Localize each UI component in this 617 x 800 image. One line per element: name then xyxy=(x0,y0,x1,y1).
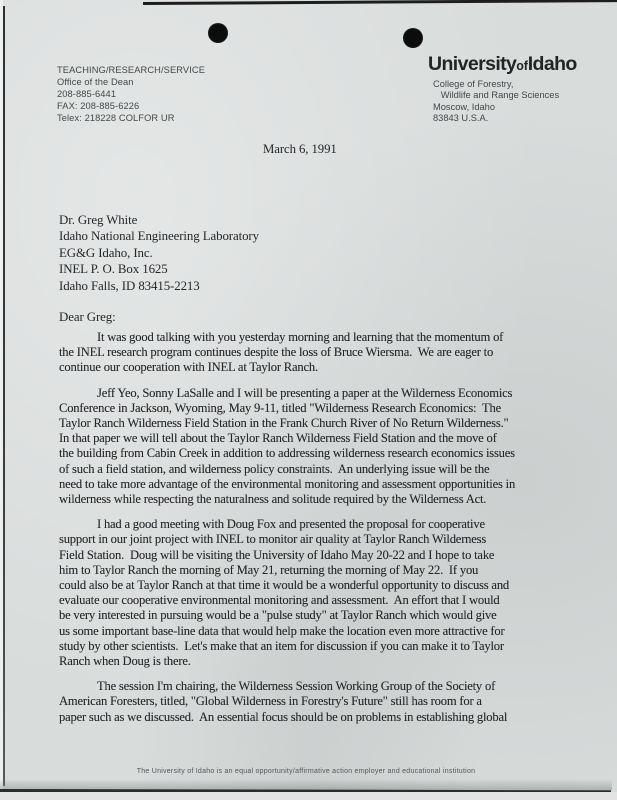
paragraph-1: It was good talking with you yesterday m… xyxy=(59,330,604,376)
letterhead-university-block: UniversityofIdaho College of Forestry, W… xyxy=(428,53,577,124)
paragraph-3: I had a good meeting with Doug Fox and p… xyxy=(59,517,604,669)
recipient-address-block: Dr. Greg White Idaho National Engineerin… xyxy=(59,212,259,294)
logo-word-university: University xyxy=(428,53,516,75)
hole-punch-mark xyxy=(208,23,228,43)
letter-date: March 6, 1991 xyxy=(263,142,337,157)
logo-word-idaho: Idaho xyxy=(528,53,577,75)
hole-punch-mark xyxy=(403,28,423,48)
letterhead-department-block: TEACHING/RESEARCH/SERVICE Office of the … xyxy=(57,64,205,124)
letter-body: It was good talking with you yesterday m… xyxy=(59,330,604,735)
salutation: Dear Greg: xyxy=(59,310,116,325)
paragraph-2: Jeff Yeo, Sonny LaSalle and I will be pr… xyxy=(59,386,604,508)
letterhead-college-address: College of Forestry, Wildlife and Range … xyxy=(433,79,577,124)
equal-opportunity-footer: The University of Idaho is an equal oppo… xyxy=(0,768,612,775)
scan-below-page-area xyxy=(0,792,617,800)
logo-word-of: of xyxy=(516,59,527,73)
scan-top-edge-line xyxy=(143,0,617,5)
paragraph-4: The session I'm chairing, the Wilderness… xyxy=(59,679,604,725)
university-of-idaho-logo: UniversityofIdaho xyxy=(428,53,577,76)
scanned-letter-page: TEACHING/RESEARCH/SERVICE Office of the … xyxy=(0,0,617,800)
scan-left-edge-line xyxy=(3,6,5,786)
